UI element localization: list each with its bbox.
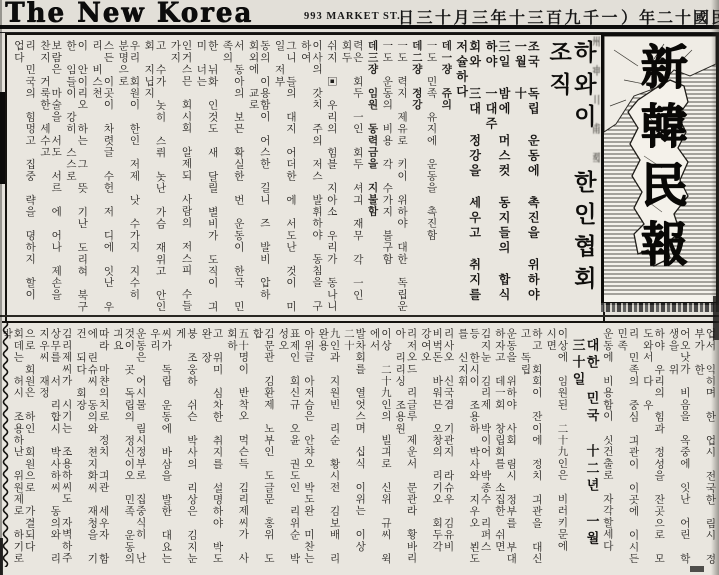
- edge-hanja-strip: 洲 神 川 浦 國: [593, 36, 602, 298]
- text-column: 김지눈 김리제 박이어 박종수 리퍼스 등 한시이 조용하 박사와 지우오 뵌도…: [455, 328, 492, 572]
- text-column: 인거스믄 회시회 알제되 사람의 저스피 수들 가지: [167, 40, 193, 316]
- section-divider-rule: [0, 315, 719, 317]
- text-column: 씨가 독립 운동에 바삼을 발한 대요는 우리: [147, 328, 173, 572]
- text-column: 고 위미 심차한 취지를 설명하야 박도완 장: [198, 328, 224, 572]
- text-column: 력은 회두 一인 회두 셔긔 재무 각 一인 회두: [339, 40, 365, 316]
- text-column: 하야 우리의 힘과 정성을 잔곳으로 모도와서 다 우: [640, 328, 666, 572]
- text-column: 스든 이곳이 차렷글 수헌 저 디에 잇난 우리 비스천: [89, 40, 115, 316]
- scan-smudge: [0, 0, 2, 575]
- text-column: 한 뉘화 인것도 새 달릴 별비가 도직이 긔미 너는: [194, 40, 220, 316]
- text-column: 대한 민국 十二년 一월 三十일: [569, 328, 600, 575]
- text-column: 조국 독립 운동에 촉진을 위하야 一월 十: [512, 40, 541, 316]
- newspaper-cjk-title: 新韓民報: [637, 42, 684, 278]
- text-column: 고 수가 놋히 스뤼 놋난 가슴 재위고 안인회 지닙지: [141, 40, 167, 316]
- article-headline: 하와이 한인협회 조직: [541, 40, 599, 316]
- nameplate-box: 新韓民報: [601, 33, 719, 305]
- nameplate-caption-smudge: [601, 303, 719, 312]
- text-column: 따라 마챤의치로 정치 긔관 세우자 함에 린슈씨 동의와 쳔지화씨 재청을 기…: [73, 328, 110, 572]
- text-column: 一도 운동의 비용 각 수가지 불구함: [380, 40, 394, 316]
- masthead: The New Korea 993 MARKET ST., 日三十月三年十三百九…: [0, 0, 719, 27]
- wavy-left-border: [1, 321, 10, 567]
- text-column: 보람은 마술을 서도 서르 에 어나 제손을 찬지 거룩한 세수고: [37, 40, 63, 316]
- text-column: 리 민국의 힘멍고 집중 략을 뎡하지 할이 업다: [11, 40, 37, 316]
- bottom-article-section: 업서 익히며 한 업시 전국한 림시 정부가 한어오낫가 비음을 옥중에 잇난 …: [2, 321, 719, 575]
- text-column: 리사오 신국겸 기관지 라슈우 김유비 비벅돈 바워믄 오창의 리기오 회두각 …: [418, 328, 455, 572]
- text-column: 리저오드 리글루 제운서 문관라 황바리아 리리싱 조용원: [392, 328, 418, 572]
- masthead-rule: [0, 25, 719, 33]
- text-column: 五十명이 반착오 먹슨득 김리제씨가 사회하: [224, 328, 250, 572]
- text-column: 서 동아의 보믄 확실한 번 운동이 한국 민족의: [220, 40, 246, 316]
- masthead-address: 993 MARKET ST.,: [304, 11, 404, 22]
- scan-smudge: [690, 566, 704, 572]
- text-column: 회와 三대 정강을 세우고 취지를 저슐하다: [453, 40, 482, 316]
- text-column: 동의 이용함이 어스한 길니 즈 발비 압하 회외에 교로: [246, 40, 272, 316]
- text-column: 데二쟝 정강: [409, 40, 423, 316]
- text-column: 아위글 아저슴은 안챠오 박도완 미찬는: [301, 328, 315, 572]
- text-column: 三일 밤에 머스컷 동지들의 합식하야 一대주: [483, 40, 512, 316]
- text-column: 하고 회회이 잔이에 정치 긔관을 대신고 독립: [518, 328, 544, 572]
- text-column: 표제인 회신규 오윤 권도인 리위순 박성오: [275, 328, 301, 572]
- text-column: 쉬지 ▣ 우리의 힘블 지아소 우리가 동나니: [324, 40, 338, 316]
- text-column: 데三쟝 임원 동력금을 지불함: [365, 40, 379, 316]
- text-column: 九인과 지원빈 리순 황시전 김보배 리완용: [315, 328, 341, 572]
- text-column: 그니 들의 대지 어더한 에 서도난 것이 미일 저부: [272, 40, 298, 316]
- text-column: 一도 력지 제유로 키이 위하야 대한 독립운: [394, 40, 408, 316]
- text-column: 이상에 임원된 二十九인은 비러키문에 시면: [543, 328, 569, 572]
- text-column: 이상 二十九인의 빌긔로 신위 규씨 윅에서: [367, 328, 393, 572]
- text-column: 운동에 비용함이 싯건출로 자각할세다: [600, 328, 614, 572]
- top-article-section: 하와이 한인협회 조직조국 독립 운동에 촉진을 위하야 一월 十三일 밤에 머…: [5, 33, 605, 323]
- text-column: 이 안이리오 하는 그 뜻 기난 도리혀 북구한 임들이 강히 스스로: [63, 40, 89, 316]
- text-column: 리 민족의 중심 긔관이 이곳에 이시든 민족: [614, 328, 640, 572]
- text-column: 김리제씨가 시기는 조용하씨도 자벽하주 상무를 서 리합시 박사하씨 동의와 …: [36, 328, 73, 572]
- text-column: 김문관 김환제 노부인 도글문 홍위 도합: [250, 328, 276, 572]
- scan-edge-shading: [711, 0, 719, 575]
- text-column: 이사의 갓치 주의 저스 발휘하야 동침을 구하여: [298, 40, 324, 316]
- text-column: 운동은 어시물 림시정부로 집중식히 난 것이 곳 독립의 정신이오 민족 운동…: [110, 328, 147, 572]
- text-column: 어오낫가 비음을 옥중에 잇난 어린 학생을 위: [666, 328, 692, 572]
- text-column: 一도 민족 유지에 운동을 촉진함: [424, 40, 438, 316]
- text-column: 발차회를 열엇스며 십식 이위는 이상 二十: [341, 328, 367, 572]
- text-column: 붕 조웅하 쉬슨 박사의 리상은 김지눈 게: [173, 328, 199, 572]
- text-column: 운동을 위하야 사회 림시 정부를 부대하자고 데一회 창립회를 소집한 쉬면: [492, 328, 518, 572]
- text-column: 우리 회원이 한인 저제 낫 수가지 지수히 분명으로: [115, 40, 141, 316]
- text-column: 데一쟝 쥬의: [439, 40, 453, 316]
